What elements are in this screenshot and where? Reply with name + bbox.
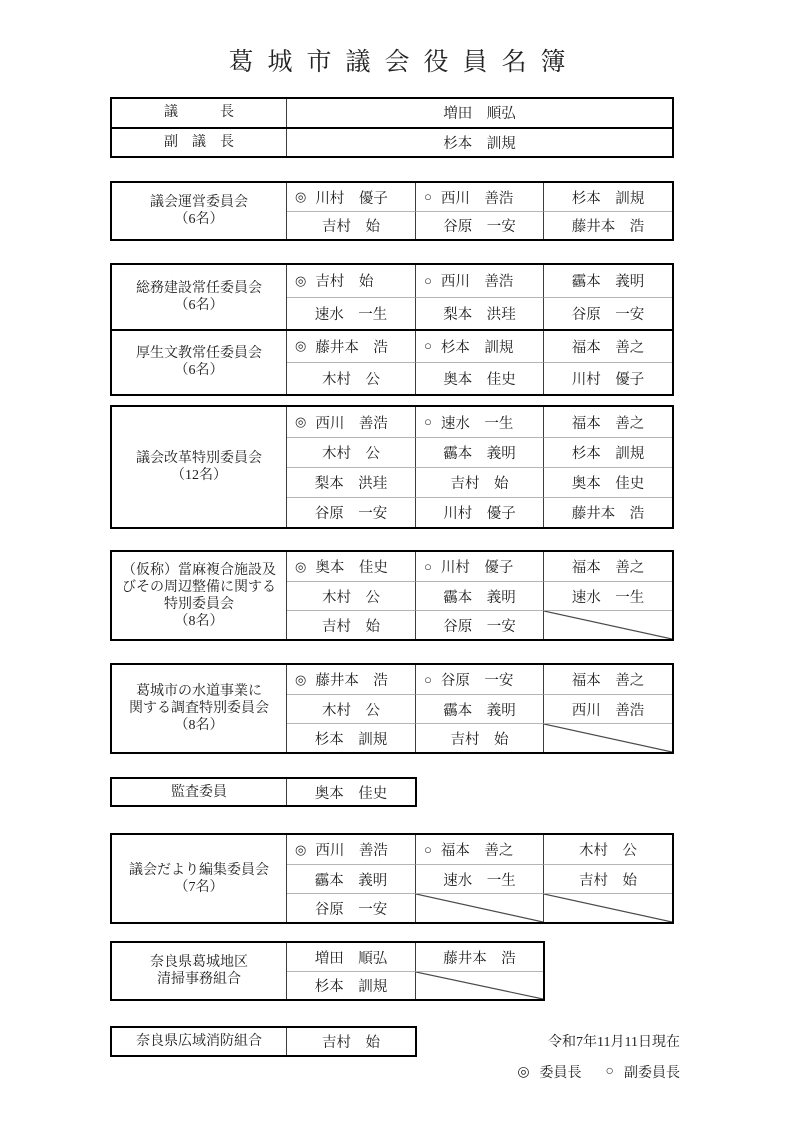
table-t9: 奈良県葛城地区清掃事務組合増田 順弘藤井本 浩杉本 訓規 <box>110 941 545 1001</box>
member-name: 吉村 始 <box>322 1031 380 1052</box>
committee-label-line: 特別委員会 <box>164 596 234 613</box>
member-name: 靏本 義明 <box>443 442 516 463</box>
chair-mark-icon: ◎ <box>295 842 306 858</box>
member-name: 川村 優子 <box>441 556 514 577</box>
member-name: 西川 善浩 <box>315 839 388 860</box>
vice-chair-mark-icon: ○ <box>424 414 432 430</box>
committee-label-line: 副 議 長 <box>164 134 234 151</box>
date-note: 令和7年11月11日現在 <box>380 1031 680 1051</box>
chair-mark-icon: ◎ <box>295 559 306 575</box>
member-cell: 木村 公 <box>543 835 672 864</box>
committee-label: 総務建設常任委員会（6名） <box>112 265 287 329</box>
member-name: 靏本 義明 <box>572 270 645 291</box>
member-cell: ◎奥本 佳史 <box>287 552 415 581</box>
member-name: 梨本 洪珪 <box>443 303 516 324</box>
document-page: 葛城市議会役員名簿 令和7年11月11日現在 ◎ 委員長 ○ 副委員長 議 長増… <box>0 0 794 1123</box>
committee-section: 葛城市の水道事業に関する調査特別委員会（8名）◎藤井本 浩○谷原 一安福本 善之… <box>112 665 672 752</box>
member-name: 杉本 訓規 <box>441 336 514 357</box>
member-cell: 木村 公 <box>287 581 415 610</box>
member-name: 西川 善浩 <box>441 187 514 208</box>
member-name: 木村 公 <box>322 442 380 463</box>
member-cell: 木村 公 <box>287 694 415 723</box>
member-cell: 杉本 訓規 <box>543 437 672 467</box>
member-cell: 谷原 一安 <box>287 497 415 527</box>
member-name: 川村 優子 <box>443 502 516 523</box>
legend-vice-chair-label: 副委員長 <box>624 1062 680 1082</box>
member-cell: 靏本 義明 <box>543 265 672 297</box>
member-cell: ◎藤井本 浩 <box>287 665 415 694</box>
vice-chair-mark-icon: ○ <box>424 338 432 354</box>
member-name: 木村 公 <box>322 699 380 720</box>
committee-label-line: （12名） <box>171 467 227 484</box>
empty-cell <box>415 971 543 999</box>
member-name: 吉村 始 <box>451 472 509 493</box>
committee-section: 議 長増田 順弘 <box>112 99 672 127</box>
member-name: 藤井本 浩 <box>443 947 516 968</box>
committee-section: （仮称）當麻複合施設及びその周辺整備に関する特別委員会（8名）◎奥本 佳史○川村… <box>112 552 672 639</box>
member-cell: 谷原 一安 <box>287 893 415 922</box>
vice-chair-mark-icon: ○ <box>424 672 432 688</box>
empty-cell <box>415 893 543 922</box>
member-cell: 奥本 佳史 <box>543 467 672 497</box>
legend-chair: ◎ 委員長 <box>517 1062 581 1082</box>
member-cell: 靏本 義明 <box>415 694 543 723</box>
member-name: 西川 善浩 <box>441 270 514 291</box>
member-cell: 吉村 始 <box>543 864 672 893</box>
member-name: 靏本 義明 <box>443 586 516 607</box>
committee-label-line: 議会だより編集委員会 <box>129 862 269 879</box>
committee-label: 葛城市の水道事業に関する調査特別委員会（8名） <box>112 665 287 752</box>
member-name: 藤井本 浩 <box>315 669 388 690</box>
committee-label: （仮称）當麻複合施設及びその周辺整備に関する特別委員会（8名） <box>112 552 287 639</box>
table-t4: 議会改革特別委員会（12名）◎西川 善浩○速水 一生福本 善之木村 公靏本 義明… <box>110 405 674 529</box>
member-cell: 藤井本 浩 <box>543 497 672 527</box>
member-cell: ○谷原 一安 <box>415 665 543 694</box>
committee-label-line: （6名） <box>175 362 224 379</box>
committee-section: 奈良県葛城地区清掃事務組合増田 順弘藤井本 浩杉本 訓規 <box>112 943 543 999</box>
table-t6: 葛城市の水道事業に関する調査特別委員会（8名）◎藤井本 浩○谷原 一安福本 善之… <box>110 663 674 754</box>
legend-vice-chair: ○ 副委員長 <box>606 1062 680 1082</box>
member-cell: ○福本 善之 <box>415 835 543 864</box>
member-name: 増田 順弘 <box>443 102 516 123</box>
member-name: 福本 善之 <box>572 669 645 690</box>
table-t2: 議会運営委員会（6名）◎川村 優子○西川 善浩杉本 訓規吉村 始谷原 一安藤井本… <box>110 181 674 241</box>
member-name: 吉村 始 <box>322 215 380 236</box>
member-cell: ◎川村 優子 <box>287 183 415 211</box>
committee-label: 奈良県広域消防組合 <box>112 1028 287 1055</box>
member-cell: 藤井本 浩 <box>543 211 672 239</box>
member-name: 杉本 訓規 <box>315 728 388 749</box>
member-name: 奥本 佳史 <box>315 556 388 577</box>
chair-mark-icon: ◎ <box>295 189 306 205</box>
member-cell: ◎西川 善浩 <box>287 407 415 437</box>
committee-section: 副 議 長杉本 訓規 <box>112 127 672 157</box>
member-name: 吉村 始 <box>315 270 373 291</box>
member-cell: ○川村 優子 <box>415 552 543 581</box>
committee-label-line: びその周辺整備に関する <box>122 579 276 596</box>
committee-label-line: （8名） <box>175 613 224 630</box>
member-name: 福本 善之 <box>572 412 645 433</box>
member-name: 速水 一生 <box>315 303 388 324</box>
member-name: 木村 公 <box>322 586 380 607</box>
committee-section: 議会だより編集委員会（7名）◎西川 善浩○福本 善之木村 公靏本 義明速水 一生… <box>112 835 672 922</box>
member-cell: 増田 順弘 <box>287 943 415 971</box>
member-name: 吉村 始 <box>322 615 380 636</box>
member-name: 靏本 義明 <box>443 699 516 720</box>
member-name: 西川 善浩 <box>315 412 388 433</box>
committee-label-line: （6名） <box>175 297 224 314</box>
member-name: 谷原 一安 <box>443 215 516 236</box>
vice-chair-mark-icon: ○ <box>424 842 432 858</box>
member-cell: 増田 順弘 <box>287 99 672 127</box>
member-cell: 川村 優子 <box>415 497 543 527</box>
member-name: 谷原 一安 <box>572 303 645 324</box>
member-name: 杉本 訓規 <box>443 132 516 153</box>
member-cell: 梨本 洪珪 <box>287 467 415 497</box>
committee-label-line: 奈良県葛城地区 <box>150 954 248 971</box>
table-t8: 議会だより編集委員会（7名）◎西川 善浩○福本 善之木村 公靏本 義明速水 一生… <box>110 833 674 924</box>
member-name: 奥本 佳史 <box>315 782 388 803</box>
empty-cell <box>543 893 672 922</box>
member-name: 杉本 訓規 <box>572 442 645 463</box>
member-cell: 杉本 訓規 <box>287 971 415 999</box>
committee-section: 監査委員奥本 佳史 <box>112 779 415 805</box>
member-cell: 谷原 一安 <box>415 211 543 239</box>
vice-chair-mark-icon: ○ <box>606 1064 614 1080</box>
chair-mark-icon: ◎ <box>295 338 306 354</box>
diagonal-line <box>416 972 543 999</box>
diagonal-line <box>544 611 672 639</box>
member-cell: ◎吉村 始 <box>287 265 415 297</box>
legend: ◎ 委員長 ○ 副委員長 <box>380 1062 680 1082</box>
committee-label-line: 奈良県広域消防組合 <box>136 1033 262 1050</box>
member-name: 藤井本 浩 <box>315 336 388 357</box>
empty-cell <box>543 723 672 752</box>
member-name: 谷原 一安 <box>315 502 388 523</box>
committee-label-line: 議会改革特別委員会 <box>136 450 262 467</box>
table-t5: （仮称）當麻複合施設及びその周辺整備に関する特別委員会（8名）◎奥本 佳史○川村… <box>110 550 674 641</box>
member-cell: 吉村 始 <box>415 723 543 752</box>
member-name: 西川 善浩 <box>572 699 645 720</box>
member-name: 福本 善之 <box>572 556 645 577</box>
member-name: 谷原 一安 <box>441 669 514 690</box>
member-cell: 谷原 一安 <box>415 610 543 639</box>
member-cell: 福本 善之 <box>543 665 672 694</box>
member-cell: 谷原 一安 <box>543 297 672 329</box>
chair-mark-icon: ◎ <box>295 273 306 289</box>
member-cell: ○西川 善浩 <box>415 183 543 211</box>
member-name: 福本 善之 <box>572 336 645 357</box>
diagonal-line <box>544 894 672 922</box>
committee-label-line: 議 長 <box>164 104 234 121</box>
committee-label-line: 総務建設常任委員会 <box>136 280 262 297</box>
member-name: 谷原 一安 <box>443 615 516 636</box>
member-name: 奥本 佳史 <box>443 368 516 389</box>
legend-chair-label: 委員長 <box>540 1062 582 1082</box>
committee-label: 議会改革特別委員会（12名） <box>112 407 287 527</box>
table-t3: 総務建設常任委員会（6名）◎吉村 始○西川 善浩靏本 義明速水 一生梨本 洪珪谷… <box>110 263 674 396</box>
committee-section: 奈良県広域消防組合吉村 始 <box>112 1028 415 1055</box>
chair-mark-icon: ◎ <box>295 414 306 430</box>
member-name: 木村 公 <box>322 368 380 389</box>
committee-section: 厚生文教常任委員会（6名）◎藤井本 浩○杉本 訓規福本 善之木村 公奥本 佳史川… <box>112 329 672 395</box>
committee-label: 副 議 長 <box>112 129 287 157</box>
member-name: 杉本 訓規 <box>315 975 388 996</box>
committee-section: 議会運営委員会（6名）◎川村 優子○西川 善浩杉本 訓規吉村 始谷原 一安藤井本… <box>112 183 672 239</box>
member-cell: ○西川 善浩 <box>415 265 543 297</box>
committee-label-line: 議会運営委員会 <box>150 194 248 211</box>
member-cell: 西川 善浩 <box>543 694 672 723</box>
member-name: 吉村 始 <box>451 728 509 749</box>
member-cell: 福本 善之 <box>543 331 672 363</box>
chair-mark-icon: ◎ <box>295 672 306 688</box>
committee-label-line: 関する調査特別委員会 <box>129 700 269 717</box>
member-cell: 川村 優子 <box>543 362 672 394</box>
member-cell: 杉本 訓規 <box>287 723 415 752</box>
committee-label-line: 葛城市の水道事業に <box>136 683 262 700</box>
committee-section: 総務建設常任委員会（6名）◎吉村 始○西川 善浩靏本 義明速水 一生梨本 洪珪谷… <box>112 265 672 329</box>
committee-label-line: 監査委員 <box>171 784 227 801</box>
member-name: 速水 一生 <box>441 412 514 433</box>
member-name: 速水 一生 <box>572 586 645 607</box>
member-cell: 速水 一生 <box>287 297 415 329</box>
committee-label-line: （6名） <box>175 211 224 228</box>
member-cell: 靏本 義明 <box>287 864 415 893</box>
diagonal-line <box>544 724 672 752</box>
member-cell: 吉村 始 <box>287 1028 415 1055</box>
member-cell: 藤井本 浩 <box>415 943 543 971</box>
committee-label: 監査委員 <box>112 779 287 805</box>
member-name: 杉本 訓規 <box>572 187 645 208</box>
member-cell: 杉本 訓規 <box>287 129 672 157</box>
member-cell: 吉村 始 <box>415 467 543 497</box>
member-name: 吉村 始 <box>579 869 637 890</box>
member-name: 藤井本 浩 <box>572 215 645 236</box>
committee-section: 議会改革特別委員会（12名）◎西川 善浩○速水 一生福本 善之木村 公靏本 義明… <box>112 407 672 527</box>
table-t7: 監査委員奥本 佳史 <box>110 777 417 807</box>
member-cell: ◎西川 善浩 <box>287 835 415 864</box>
member-name: 木村 公 <box>579 839 637 860</box>
member-name: 谷原 一安 <box>315 898 388 919</box>
member-cell: 吉村 始 <box>287 610 415 639</box>
member-name: 藤井本 浩 <box>572 502 645 523</box>
page-title: 葛城市議会役員名簿 <box>0 42 794 78</box>
committee-label-line: 厚生文教常任委員会 <box>136 345 262 362</box>
committee-label-line: 清掃事務組合 <box>157 971 241 988</box>
committee-label-line: （7名） <box>175 879 224 896</box>
member-name: 靏本 義明 <box>315 869 388 890</box>
member-cell: 福本 善之 <box>543 552 672 581</box>
member-cell: 速水 一生 <box>415 864 543 893</box>
member-name: 奥本 佳史 <box>572 472 645 493</box>
member-cell: 杉本 訓規 <box>543 183 672 211</box>
member-cell: ○杉本 訓規 <box>415 331 543 363</box>
member-cell: 福本 善之 <box>543 407 672 437</box>
member-cell: 梨本 洪珪 <box>415 297 543 329</box>
committee-label: 厚生文教常任委員会（6名） <box>112 331 287 395</box>
member-cell: 木村 公 <box>287 362 415 394</box>
committee-label-line: （8名） <box>175 717 224 734</box>
diagonal-line <box>416 894 543 922</box>
member-name: 速水 一生 <box>443 869 516 890</box>
member-name: 川村 優子 <box>315 187 388 208</box>
member-cell: 木村 公 <box>287 437 415 467</box>
empty-cell <box>543 610 672 639</box>
table-t10: 奈良県広域消防組合吉村 始 <box>110 1026 417 1057</box>
table-t1: 議 長増田 順弘副 議 長杉本 訓規 <box>110 97 674 158</box>
committee-label: 議 長 <box>112 99 287 127</box>
member-name: 梨本 洪珪 <box>315 472 388 493</box>
committee-label: 議会運営委員会（6名） <box>112 183 287 239</box>
member-cell: 靏本 義明 <box>415 581 543 610</box>
member-cell: 吉村 始 <box>287 211 415 239</box>
vice-chair-mark-icon: ○ <box>424 189 432 205</box>
member-name: 増田 順弘 <box>315 947 388 968</box>
member-cell: ○速水 一生 <box>415 407 543 437</box>
committee-label: 奈良県葛城地区清掃事務組合 <box>112 943 287 999</box>
member-cell: 靏本 義明 <box>415 437 543 467</box>
member-cell: 速水 一生 <box>543 581 672 610</box>
committee-label-line: （仮称）當麻複合施設及 <box>122 562 276 579</box>
member-cell: 奥本 佳史 <box>415 362 543 394</box>
member-cell: ◎藤井本 浩 <box>287 331 415 363</box>
chair-mark-icon: ◎ <box>517 1064 529 1081</box>
member-cell: 奥本 佳史 <box>287 779 415 805</box>
vice-chair-mark-icon: ○ <box>424 273 432 289</box>
member-name: 川村 優子 <box>572 368 645 389</box>
vice-chair-mark-icon: ○ <box>424 559 432 575</box>
member-name: 福本 善之 <box>441 839 514 860</box>
committee-label: 議会だより編集委員会（7名） <box>112 835 287 922</box>
